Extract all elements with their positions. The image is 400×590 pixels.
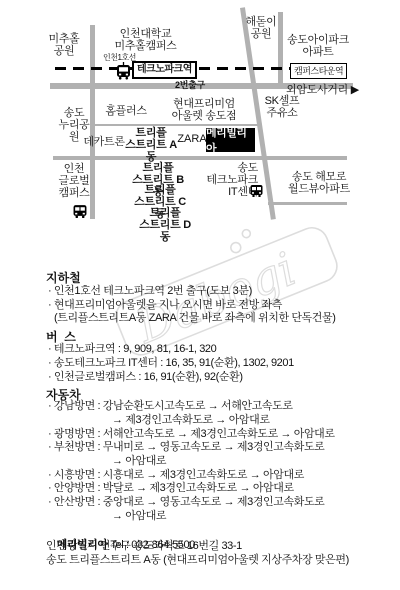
subway-line: · 인천1호선 테크노파크역 2번 출구(도보 3분) — [48, 285, 252, 298]
map-label-incheon-univ: 인천대학교 미추홀캠퍼스 — [108, 28, 183, 52]
car-line: · 안산방면 : 중앙대로 → 영동고속도로 → 제3경인고속화도로 — [48, 496, 324, 509]
station-box-technopark: 테크노파크역 — [132, 61, 197, 79]
map-label-michuhol-park: 미추홀 공원 — [38, 33, 90, 57]
road-horizontal-mid — [53, 156, 347, 160]
car-line-continuation: → 아암대로 — [112, 510, 166, 523]
footer-address2: 송도 트리플스트리트 A동 (현대프리미엄아울렛 지상주차장 맞은편) — [46, 554, 349, 567]
car-line-continuation: → 제3경인고속화도로 → 아암대로 — [112, 414, 270, 427]
station-box-campustown: 캠퍼스타운역 — [290, 63, 347, 79]
bus-icon-it-center — [250, 184, 263, 202]
merivillia-box: 메리빌리아 — [206, 128, 255, 152]
road-horizontal-branch — [268, 202, 347, 205]
footer-address1: 인천광역시 연수구 송도과학로 16번길 33-1 — [46, 540, 242, 553]
map-label-songdo-ipark: 송도아이파크 아파트 — [284, 34, 352, 58]
map-label-hyundai-outlet: 현대프리미엄 아울렛 송도점 — [168, 98, 240, 122]
car-line: · 안양방면 : 박달로 → 제3경인고속화도로 → 아암대로 — [48, 482, 294, 495]
car-line: · 강남방면 : 강남순환도시고속도로 → 서해안고속도로 — [48, 400, 293, 413]
train-icon — [116, 62, 131, 85]
map-label-haemoro-apt: 송도 해모로 월드뷰아파트 — [284, 171, 354, 195]
map-label-decathlon: 데카트론 — [82, 136, 126, 148]
map-label-sk-gas: SK셀프 주유소 — [262, 95, 302, 119]
bus-icon-global-campus — [73, 204, 87, 223]
map-label-triple-a: 트리플 스트리트 A동 — [124, 127, 178, 163]
map-label-haedoji-park: 해돋이 공원 — [240, 16, 282, 40]
subway-line: · 현대프리미엄아울렛을 지나 오시면 바로 전방 좌측 — [48, 299, 282, 312]
bus-line: · 송도테크노파크 IT센터 : 16, 35, 91(순환), 1302, 9… — [48, 357, 294, 370]
location-map-page: Dabogi 인천1호선 테크노파크역 캠퍼스타운역 미추홀 공원 인천대학교 … — [0, 0, 400, 590]
car-line: · 시흥방면 : 시흥대로 → 제3경인고속화도로 → 아암대로 — [48, 469, 304, 482]
bus-line: · 테크노파크역 : 9, 909, 81, 16-1, 320 — [48, 343, 216, 356]
map-label-triple-d: 트리플 스트리트 D동 — [137, 207, 193, 243]
map-label-homeplus: 홈플러스 — [100, 105, 152, 117]
map-label-global-campus: 인천 글로벌 캠퍼스 — [56, 163, 92, 199]
subway-line: (트리플스트리트A동 ZARA 건물 바로 좌측에 위치한 단독건물) — [54, 312, 336, 325]
car-line-continuation: → 아암대로 — [112, 455, 166, 468]
subway-section-title: 지하철 — [46, 269, 81, 286]
map-label-zara: ZARA — [177, 133, 207, 145]
car-line: · 광명방면 : 서해안고속도로 → 제3경인고속화도로 → 아암대로 — [48, 428, 335, 441]
map-label-exit2: 2번출구 — [172, 79, 208, 91]
bus-line: · 인천글로벌캠퍼스 : 16, 91(순환), 92(순환) — [48, 371, 243, 384]
car-line: · 부천방면 : 무내미로 → 영동고속도로 → 제3경인고속화도로 — [48, 441, 324, 454]
